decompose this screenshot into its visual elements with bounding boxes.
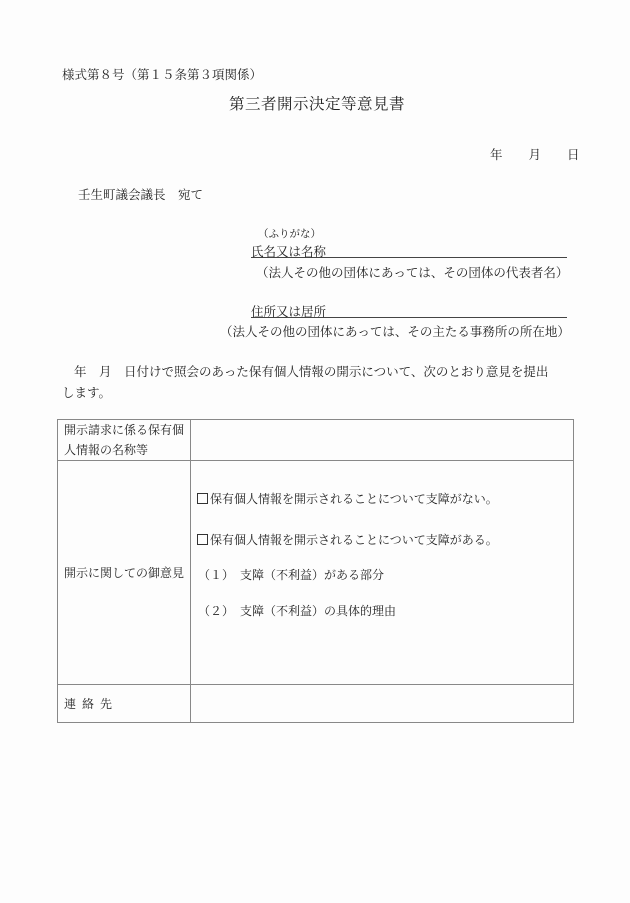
opinion-table: 開示請求に係る保有個人情報の名称等 開示に関しての御意見 保有個人情報を開示され… [57, 419, 574, 723]
addressee: 壬生町議会議長 宛て [78, 185, 203, 203]
label-info-name: 開示請求に係る保有個人情報の名称等 [58, 420, 191, 461]
body-paragraph: 年 月 日付けで照会のあった保有個人情報の開示について、次のとおり意見を提出 し… [62, 361, 572, 403]
label-contact: 連絡先 [58, 685, 191, 723]
date-year-label: 年 [490, 145, 503, 163]
table-row-info-name: 開示請求に係る保有個人情報の名称等 [58, 420, 574, 461]
name-label: 氏名又は名称 [251, 244, 326, 259]
option-no-objection[interactable]: 保有個人情報を開示されることについて支障がない。 [197, 489, 573, 509]
body-line-2: します。 [62, 385, 111, 400]
date-day-label: 日 [567, 145, 580, 163]
checkbox-icon[interactable] [197, 534, 208, 545]
info-name-field[interactable] [191, 420, 574, 461]
option-objection-label: 保有個人情報を開示されることについて支障がある。 [210, 533, 498, 547]
checkbox-icon[interactable] [197, 493, 208, 504]
form-number: 様式第８号（第１５条第３項関係） [62, 65, 262, 83]
name-field[interactable]: 氏名又は名称 [251, 242, 567, 258]
opinion-field[interactable]: 保有個人情報を開示されることについて支障がない。 保有個人情報を開示されることに… [191, 461, 574, 685]
label-opinion: 開示に関しての御意見 [58, 461, 191, 685]
name-note: （法人その他の団体にあっては、その団体の代表者名） [256, 263, 568, 281]
contact-field[interactable] [191, 685, 574, 723]
sub-item-reason: （２） 支障（不利益）の具体的理由 [198, 601, 573, 621]
sub-item-affected-part: （１） 支障（不利益）がある部分 [198, 565, 573, 585]
body-line-1: 年 月 日付けで照会のあった保有個人情報の開示について、次のとおり意見を提出 [62, 361, 572, 382]
address-field[interactable]: 住所又は居所 [251, 302, 567, 318]
option-objection[interactable]: 保有個人情報を開示されることについて支障がある。 [197, 530, 573, 550]
option-no-objection-label: 保有個人情報を開示されることについて支障がない。 [210, 492, 498, 506]
table-row-opinion: 開示に関しての御意見 保有個人情報を開示されることについて支障がない。 保有個人… [58, 461, 574, 685]
furigana-label: （ふりがな） [258, 226, 321, 241]
address-note: （法人その他の団体にあっては、その主たる事務所の所在地） [220, 322, 570, 340]
document-title: 第三者開示決定等意見書 [229, 92, 405, 114]
date-field[interactable]: 年 月 日 [490, 145, 580, 163]
address-label: 住所又は居所 [251, 304, 326, 319]
date-month-label: 月 [529, 145, 542, 163]
table-row-contact: 連絡先 [58, 685, 574, 723]
